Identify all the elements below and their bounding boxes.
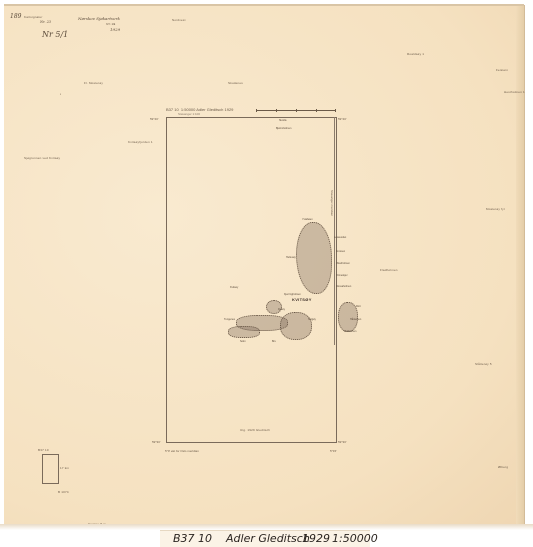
place-main-3: Leiasundet <box>334 236 346 239</box>
place-outer-left-1: Fl. Mosterøy <box>84 81 103 85</box>
note-top: Nordvest <box>172 18 186 22</box>
place-outer-left-2: Kvitsøyfjorden 1 <box>128 140 153 144</box>
place-outer-top: Skudenes <box>228 81 243 85</box>
east-island <box>338 302 358 332</box>
catalog-scale: 1:50000 <box>332 532 378 545</box>
place-small-2: Tungenes <box>224 318 235 321</box>
place-main-8: Kjerringholmen <box>284 293 301 296</box>
place-east-3: Flatholmen <box>344 330 356 333</box>
place-east-1: Rott <box>356 305 361 308</box>
place-outer-right-1: Roaldsøy 1 <box>407 52 424 56</box>
inset-label-side: 17 km <box>60 466 69 470</box>
place-main-7: Rossaholmen <box>336 285 351 288</box>
archive-mark: Nr 5/1 <box>42 30 68 39</box>
place-outer-right-4: Mosterøy fyr <box>486 207 505 211</box>
catalog-year: 1929 <box>302 532 330 545</box>
place-outer-left-dot: ▪ <box>60 92 61 96</box>
lon-bottom-right: 5°15' <box>330 449 337 453</box>
coord-bottom-left: 59°30' <box>152 440 160 444</box>
meridian-label: Stavanger meridian <box>330 190 334 216</box>
coord-top-right: 59°40' <box>338 117 346 121</box>
place-main-1: Hellesøy <box>286 256 296 259</box>
place-main-2: Ystabøen <box>302 218 313 221</box>
place-outer-right-2: Feistein <box>496 68 508 72</box>
scale-bar <box>256 110 336 113</box>
place-east-2: Håsteinen <box>350 318 361 321</box>
small-island-1 <box>266 300 282 314</box>
place-outer-left-3: Sjøgrunnen ved Kvitsøy <box>24 156 60 160</box>
catalog-author: Adler Gleditsch <box>226 532 310 545</box>
note-center-1: Nørskov Sjøkartverk <box>78 16 120 21</box>
inset-label-top: B37 10 <box>38 448 49 452</box>
coord-top-left: 59°40' <box>150 117 158 121</box>
inset-label-bottom: B 1074 <box>58 490 69 494</box>
place-small-3: Helgøy <box>308 318 316 321</box>
place-outer-right-5: Fladholmen <box>380 268 398 272</box>
place-main-4: Krossen <box>336 250 345 253</box>
coord-bottom-right: 59°30' <box>338 440 346 444</box>
place-outer-right-7: Ølberg <box>498 465 508 469</box>
catalog-code: B37 10 <box>173 532 212 545</box>
catalog-label: B37 10 Adler Gleditsch 1929 1:50000 <box>160 530 370 547</box>
place-outer-right-6: Slåtterøy 5 <box>475 362 492 366</box>
island-group-southwest <box>228 326 260 338</box>
place-offshore-west: Kvitsøy <box>230 286 238 289</box>
place-main-6: Ormeskjer <box>336 274 348 277</box>
note-left-2: Nr. 23 <box>40 20 51 24</box>
place-small-1: Fjøløy <box>278 308 285 311</box>
place-main-5: Vikarholmen <box>336 262 350 265</box>
meridian-line <box>334 117 335 345</box>
note-center-2: Nr. 94 <box>106 22 115 26</box>
main-island <box>296 222 332 294</box>
place-small-4: Bru <box>272 340 276 343</box>
note-left-1: Kartsignatur <box>24 15 43 19</box>
place-small-5: Sokn <box>240 340 246 343</box>
sheet-edge <box>516 6 524 528</box>
place-outer-right-3: Hestholmen 1 <box>504 90 525 94</box>
capital-label: KVITSØY <box>292 297 312 302</box>
frame-header-code: B37 10 <box>166 107 179 112</box>
frame-bottom-note: Utg. 1929 Gleditsch <box>240 428 270 432</box>
sheet-number: 189 <box>10 13 21 20</box>
lon-bottom-left: 5°0' øst for Oslo meridian <box>165 449 199 453</box>
frame-subtitle: Stavanger 1:100 <box>178 112 200 116</box>
inset-locator-box <box>42 454 59 484</box>
island-group-south <box>280 312 312 340</box>
note-center-3: 1929 <box>110 27 120 32</box>
